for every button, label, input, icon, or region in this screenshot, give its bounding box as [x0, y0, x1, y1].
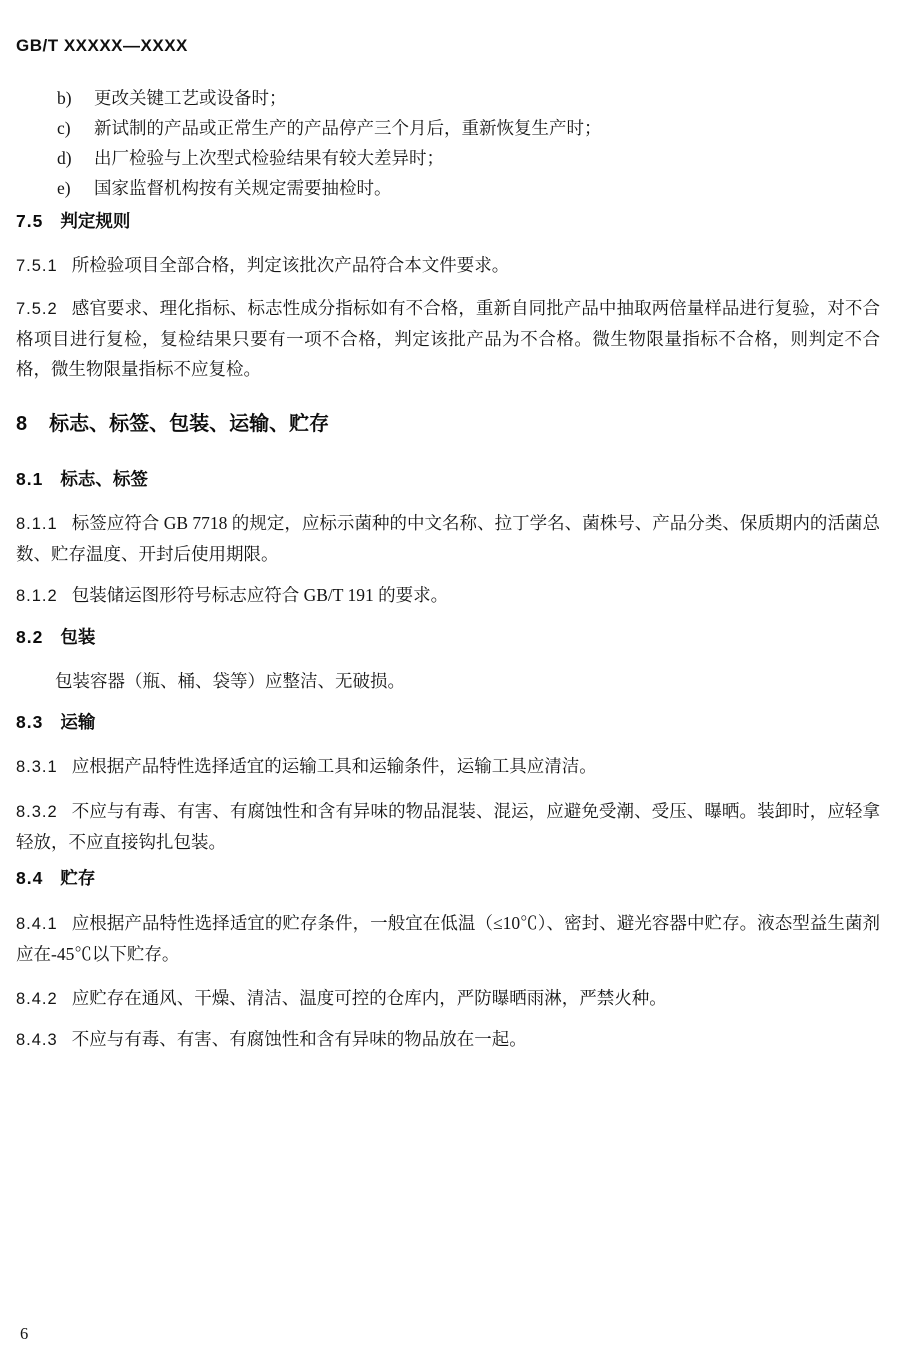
clause-text: 应贮存在通风、干燥、清洁、温度可控的仓库内，严防曝晒雨淋，严禁火种。: [72, 988, 667, 1008]
clause-text: 包装容器（瓶、桶、袋等）应整洁、无破损。: [55, 671, 405, 691]
clause-7-5-2: 7.5.2感官要求、理化指标、标志性成分指标如有不合格，重新自同批产品中抽取两倍…: [16, 293, 880, 384]
section-title: 运输: [60, 712, 95, 732]
list-item-b: b) 更改关键工艺或设备时；: [16, 83, 880, 113]
clause-text: 感官要求、理化指标、标志性成分指标如有不合格，重新自同批产品中抽取两倍量样品进行…: [16, 298, 880, 379]
clause-number: 8.1.2: [16, 587, 58, 605]
clause-number: 7.5.2: [16, 300, 58, 318]
clause-8-2-body: 包装容器（瓶、桶、袋等）应整洁、无破损。: [16, 666, 880, 696]
section-number: 8.1: [16, 469, 43, 489]
list-item-d: d) 出厂检验与上次型式检验结果有较大差异时；: [16, 143, 880, 173]
clause-text: 所检验项目全部合格，判定该批次产品符合本文件要求。: [72, 255, 510, 275]
clause-8-3-2: 8.3.2不应与有毒、有害、有腐蚀性和含有异味的物品混装、混运，应避免受潮、受压…: [16, 796, 880, 857]
list-marker: b): [57, 83, 72, 113]
section-title: 标志、标签: [60, 469, 148, 489]
section-title: 贮存: [60, 868, 95, 888]
section-number: 7.5: [16, 211, 43, 231]
clause-8-4-3: 8.4.3不应与有毒、有害、有腐蚀性和含有异味的物品放在一起。: [16, 1024, 880, 1055]
standard-document-page: GB/T XXXXX—XXXX b) 更改关键工艺或设备时； c) 新试制的产品…: [0, 0, 900, 1366]
clause-number: 8.3.2: [16, 803, 58, 821]
list-item-c: c) 新试制的产品或正常生产的产品停产三个月后，重新恢复生产时；: [16, 113, 880, 143]
clause-number: 8.4.1: [16, 915, 58, 933]
list-marker: e): [57, 173, 71, 203]
list-marker: c): [57, 113, 71, 143]
section-heading-8-1: 8.1标志、标签: [16, 467, 880, 491]
clause-text: 包装储运图形符号标志应符合 GB/T 191 的要求。: [72, 585, 448, 605]
chapter-heading-8: 8标志、标签、包装、运输、贮存: [16, 411, 880, 437]
list-item-e: e) 国家监督机构按有关规定需要抽检时。: [16, 173, 880, 203]
list-item-text: 更改关键工艺或设备时；: [94, 88, 287, 108]
chapter-title: 标志、标签、包装、运输、贮存: [49, 413, 329, 435]
clause-7-5-1: 7.5.1所检验项目全部合格，判定该批次产品符合本文件要求。: [16, 250, 880, 281]
section-title: 包装: [60, 627, 95, 647]
clause-8-1-2: 8.1.2包装储运图形符号标志应符合 GB/T 191 的要求。: [16, 580, 880, 611]
clause-8-4-2: 8.4.2应贮存在通风、干燥、清洁、温度可控的仓库内，严防曝晒雨淋，严禁火种。: [16, 983, 880, 1014]
list-item-text: 国家监督机构按有关规定需要抽检时。: [94, 178, 392, 198]
section-heading-8-4: 8.4贮存: [16, 866, 880, 890]
section-heading-7-5: 7.5判定规则: [16, 209, 880, 233]
clause-text: 不应与有毒、有害、有腐蚀性和含有异味的物品混装、混运，应避免受潮、受压、曝晒。装…: [16, 801, 880, 852]
section-heading-8-2: 8.2包装: [16, 625, 880, 649]
clause-text: 标签应符合 GB 7718 的规定，应标示菌种的中文名称、拉丁学名、菌株号、产品…: [16, 513, 880, 564]
section-number: 8.2: [16, 627, 43, 647]
clause-number: 8.1.1: [16, 515, 58, 533]
section-number: 8.4: [16, 868, 43, 888]
clause-text: 应根据产品特性选择适宜的贮存条件，一般宜在低温（≤10℃）、密封、避光容器中贮存…: [16, 913, 880, 964]
clause-8-4-1: 8.4.1应根据产品特性选择适宜的贮存条件，一般宜在低温（≤10℃）、密封、避光…: [16, 908, 880, 969]
clause-number: 7.5.1: [16, 257, 58, 275]
section-number: 8.3: [16, 712, 43, 732]
clause-number: 8.3.1: [16, 758, 58, 776]
section-title: 判定规则: [60, 211, 130, 231]
clause-number: 8.4.3: [16, 1031, 58, 1049]
clause-text: 不应与有毒、有害、有腐蚀性和含有异味的物品放在一起。: [72, 1029, 527, 1049]
clause-text: 应根据产品特性选择适宜的运输工具和运输条件，运输工具应清洁。: [72, 756, 597, 776]
document-header-code: GB/T XXXXX—XXXX: [16, 36, 880, 56]
clause-8-3-1: 8.3.1应根据产品特性选择适宜的运输工具和运输条件，运输工具应清洁。: [16, 751, 880, 782]
list-marker: d): [57, 143, 72, 173]
section-heading-8-3: 8.3运输: [16, 710, 880, 734]
clause-number: 8.4.2: [16, 990, 58, 1008]
list-item-text: 出厂检验与上次型式检验结果有较大差异时；: [94, 148, 444, 168]
chapter-number: 8: [16, 413, 28, 435]
clause-8-1-1: 8.1.1标签应符合 GB 7718 的规定，应标示菌种的中文名称、拉丁学名、菌…: [16, 508, 880, 569]
page-number: 6: [20, 1324, 28, 1344]
list-item-text: 新试制的产品或正常生产的产品停产三个月后，重新恢复生产时；: [94, 118, 602, 138]
